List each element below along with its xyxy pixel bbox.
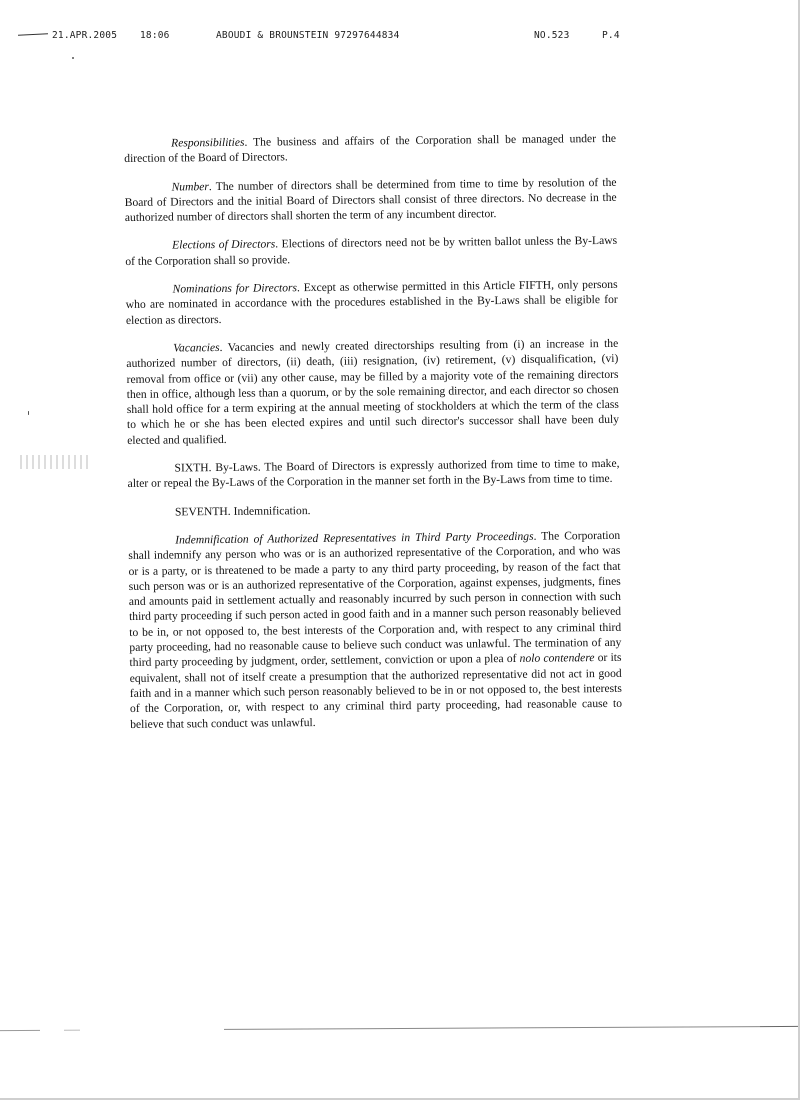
fax-time: 18:06 (140, 30, 170, 41)
scan-line (0, 1026, 800, 1031)
fax-mark (18, 33, 48, 36)
paragraph-title: Responsibilities (171, 136, 245, 150)
paragraph-nominations: Nominations for Directors. Except as oth… (126, 277, 618, 328)
fax-page-number: P.4 (602, 30, 620, 41)
paragraph-indemnification: Indemnification of Authorized Representa… (128, 528, 622, 732)
heading-seventh-indemnification: SEVENTH. Indemnification. (128, 499, 620, 519)
document-body: Responsibilities. The business and affai… (124, 131, 622, 745)
fax-date: 21.APR.2005 (52, 30, 117, 41)
paragraph-number: Number. The number of directors shall be… (124, 174, 616, 225)
paragraph-title: Number (171, 180, 208, 193)
paragraph-elections: Elections of Directors. Elections of dir… (125, 233, 617, 269)
paragraph-title: Nominations for Directors (173, 281, 298, 295)
paragraph-vacancies: Vacancies. Vacancies and newly created d… (126, 336, 619, 448)
paragraph-sixth-bylaws: SIXTH. By-Laws. The Board of Directors i… (127, 456, 619, 492)
scan-noise (20, 455, 90, 469)
fax-sender: ABOUDI & BROUNSTEIN 97297644834 (216, 30, 400, 41)
paragraph-title: Elections of Directors (172, 238, 275, 252)
fax-header: 21.APR.2005 18:06 ABOUDI & BROUNSTEIN 97… (0, 30, 800, 44)
paragraph-title: Indemnification of Authorized Representa… (175, 530, 533, 547)
italic-term: nolo contendere (520, 651, 595, 665)
scan-speck (28, 411, 29, 415)
fax-page: 21.APR.2005 18:06 ABOUDI & BROUNSTEIN 97… (0, 0, 800, 1100)
fax-number: NO.523 (534, 30, 570, 41)
paragraph-text: . The Corporation shall indemnify any pe… (128, 529, 621, 670)
paragraph-title: Vacancies (173, 341, 219, 354)
scan-speck (72, 57, 74, 59)
paragraph-responsibilities: Responsibilities. The business and affai… (124, 131, 616, 167)
